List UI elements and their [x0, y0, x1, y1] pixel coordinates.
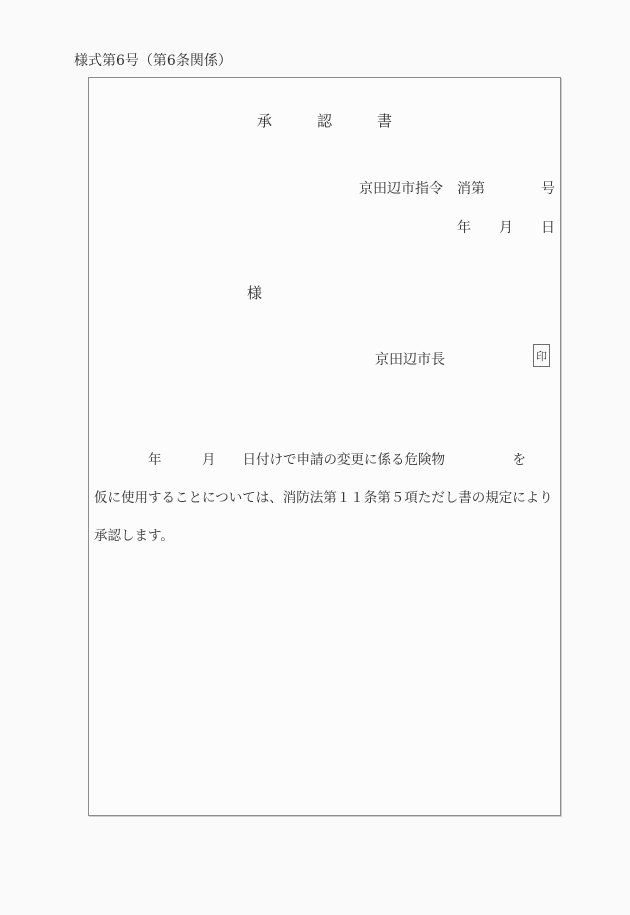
form-number-label: 様式第6号（第6条関係）	[74, 50, 232, 70]
mayor-signature-label: 京田辺市長	[375, 349, 445, 369]
date-line: 年 月 日	[457, 217, 555, 237]
document-page: 様式第6号（第6条関係） 承 認 書 京田辺市指令 消第 号 年 月 日 様 京…	[0, 0, 630, 915]
document-title: 承 認 書	[89, 110, 560, 131]
seal-mark-box: 印	[533, 344, 550, 367]
body-text-line-3: 承認します。	[94, 524, 556, 544]
document-border-box: 承 認 書 京田辺市指令 消第 号 年 月 日 様 京田辺市長 印 年 月 日付…	[88, 77, 561, 816]
addressee-honorific: 様	[247, 282, 262, 303]
directive-number-line: 京田辺市指令 消第 号	[359, 178, 555, 198]
body-text-line-1: 年 月 日付けで申請の変更に係る危険物 を	[94, 448, 556, 468]
body-text-line-2: 仮に使用することについては、消防法第１１条第５項ただし書の規定により	[94, 486, 556, 506]
seal-character: 印	[536, 348, 547, 364]
